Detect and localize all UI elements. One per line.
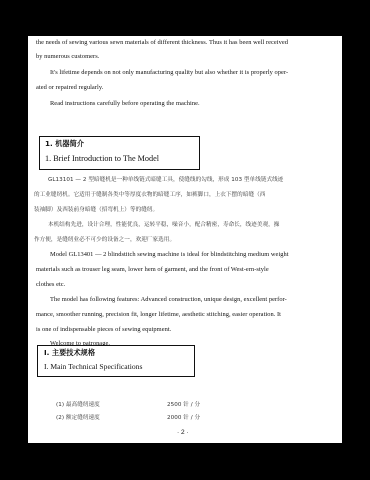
intro-line-4: ated or repaired regularly. xyxy=(36,84,103,92)
intro-line-3: It's lifetime depends on not only manufa… xyxy=(50,69,288,77)
section1-cn-line-3: 装袖脚）及西装前身暗缝（招弯机上）等的缝纫。 xyxy=(34,206,158,214)
section1-en-line-5: mance, smoother running, precision fit, … xyxy=(36,311,281,319)
document-page: the needs of sewing various sewn materia… xyxy=(28,36,342,443)
spec-value-2: 2000 针 / 分 xyxy=(167,414,200,422)
section1-en-line-6: is one of indispensable pieces of sewing… xyxy=(36,326,171,334)
page-number: · 2 · xyxy=(177,429,189,436)
section2-heading-box: I. 主要技术规格 I. Main Technical Specificatio… xyxy=(37,345,195,377)
section1-cn-line-5: 作方便，是缝纫业必不可少的设备之一，欢迎厂家选用。 xyxy=(34,236,175,244)
section2-heading-cn: I. 主要技术规格 xyxy=(44,348,95,358)
section1-heading-en: 1. Brief Introduction to The Model xyxy=(45,154,159,163)
intro-line-5: Read instructions carefully before opera… xyxy=(50,100,200,108)
section1-cn-line-4: 本机结构先进，设计合理，性能优良，运转平稳，噪音小，配合精密，寿命长，线迹美观，… xyxy=(48,221,279,229)
spec-label-2: (2) 额定缝纫速度 xyxy=(56,414,100,422)
section1-heading-cn: 1. 机器简介 xyxy=(45,139,84,149)
section1-en-line-2: materials such as trouser leg seam, lowe… xyxy=(36,266,269,274)
intro-line-2: by numerous customers. xyxy=(36,53,99,61)
section1-en-line-4: The model has following features: Advanc… xyxy=(50,296,287,304)
section1-cn-line-2: 的工业缝纫机。它适用于缝制各类中等厚度衣物的暗缝工序，如裤脚口，上衣下摆的暗缝（… xyxy=(34,191,265,199)
section2-heading-en: I. Main Technical Specifications xyxy=(44,362,142,371)
section1-heading-box: 1. 机器简介 1. Brief Introduction to The Mod… xyxy=(39,136,200,170)
section1-cn-line-1: GL13101 — 2 型暗缝机是一种单线链式暗缝工具，使缝线的勾线，形成 10… xyxy=(48,176,283,184)
spec-label-1: (1) 最高缝纫速度 xyxy=(56,401,100,409)
intro-line-1: the needs of sewing various sewn materia… xyxy=(36,39,288,47)
section1-en-line-1: Model GL13401 — 2 blindstitch sewing mac… xyxy=(50,251,289,259)
spec-value-1: 2500 针 / 分 xyxy=(167,401,200,409)
section1-en-line-3: clothes etc. xyxy=(36,281,65,289)
